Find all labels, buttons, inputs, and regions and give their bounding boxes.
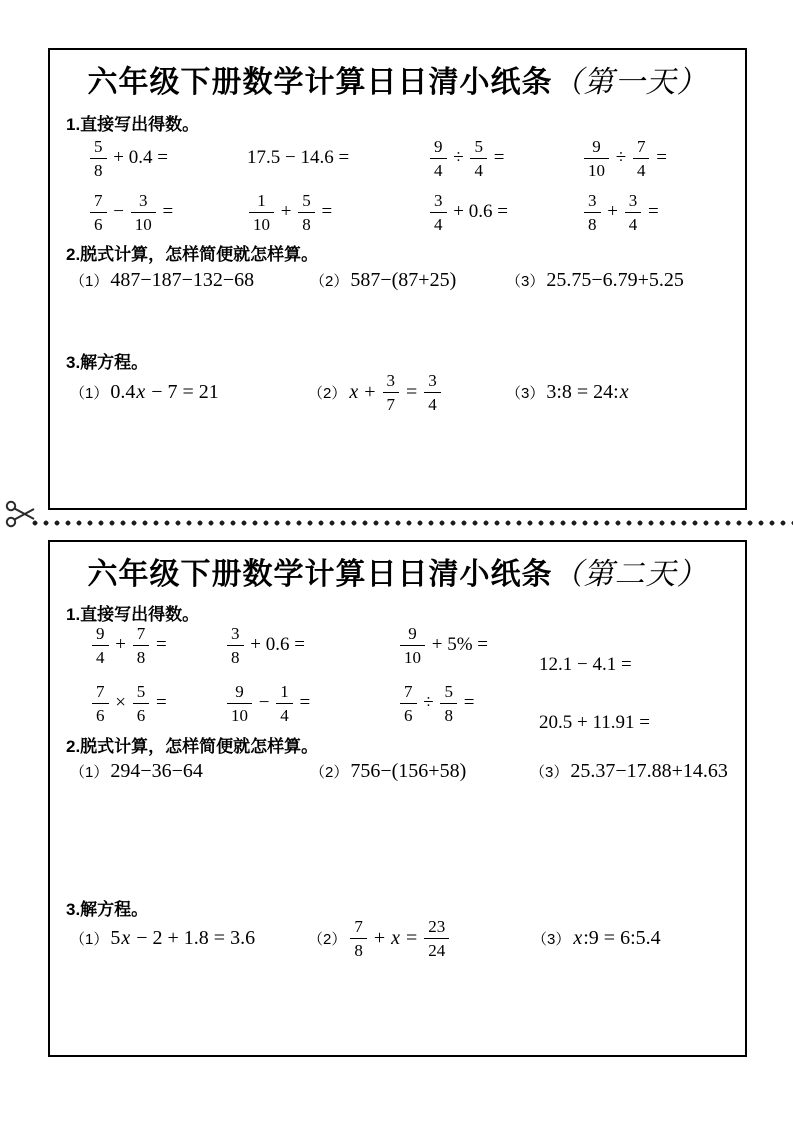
- title-suffix: 小纸条: [460, 558, 553, 591]
- problem-cell: 38 + 34 =: [582, 187, 659, 237]
- item-expression: 3:8 = 24:x: [546, 381, 629, 404]
- problem-cell: 94 ÷ 54 =: [428, 133, 504, 183]
- problem-item: （3） x:9 = 6:5.4: [532, 910, 661, 966]
- problem-item: （2） 78 + x = 2324: [308, 910, 451, 966]
- problem-cell: 910 + 5% =: [398, 620, 488, 670]
- item-number: （2）: [310, 270, 348, 291]
- problem-cell: 34 + 0.6 =: [428, 187, 508, 237]
- item-number: （2）: [308, 928, 346, 949]
- item-number: （2）: [308, 382, 346, 403]
- item-number: （1）: [70, 928, 108, 949]
- item-number: （3）: [532, 928, 570, 949]
- item-number: （3）: [506, 382, 544, 403]
- mental-math-row: 76 × 56 = 910 − 14 = 76 ÷ 58 = 20.5 + 11…: [50, 678, 745, 734]
- written-calc-row: （1） 294−36−64 （2） 756−(156+58) （3） 25.37…: [50, 748, 745, 794]
- title-day-label: （第二天）: [553, 558, 708, 591]
- worksheet-title: 六年级下册数学计算日日清小纸条（第一天）: [50, 57, 745, 101]
- problem-cell: 58 + 0.4 =: [88, 133, 168, 183]
- item-expression: 0.4x − 7 = 21: [110, 381, 218, 404]
- item-number: （1）: [70, 382, 108, 403]
- problem-item: （2） 756−(156+58): [310, 748, 466, 794]
- problem-cell: 76 ÷ 58 =: [398, 678, 474, 728]
- item-expression: 487−187−132−68: [110, 269, 254, 292]
- equation-row: （1） 0.4x − 7 = 21 （2） x + 37 = 34 （3） 3:…: [50, 364, 745, 424]
- item-expression: 78 + x = 2324: [348, 918, 451, 959]
- problem-item: （1） 0.4x − 7 = 21: [70, 364, 219, 420]
- mental-math-row: 58 + 0.4 = 17.5 − 14.6 = 94 ÷ 54 = 910 ÷…: [50, 133, 745, 185]
- problem-cell: 20.5 + 11.91 =: [539, 678, 650, 736]
- problem-cell: 76 × 56 =: [90, 678, 167, 728]
- title-highlight: 计算日日清: [305, 558, 460, 592]
- item-expression: 5x − 2 + 1.8 = 3.6: [110, 927, 255, 950]
- title-suffix: 小纸条: [460, 66, 553, 99]
- title-prefix: 六年级下册数学: [88, 558, 305, 591]
- item-expression: 587−(87+25): [350, 269, 456, 292]
- item-number: （3）: [530, 761, 568, 782]
- problem-item: （3） 3:8 = 24:x: [506, 364, 630, 420]
- item-expression: 756−(156+58): [350, 760, 466, 783]
- problem-cell: 38 + 0.6 =: [225, 620, 305, 670]
- equation-row: （1） 5x − 2 + 1.8 = 3.6 （2） 78 + x = 2324…: [50, 910, 745, 974]
- worksheet-title: 六年级下册数学计算日日清小纸条（第二天）: [50, 549, 745, 593]
- problem-cell: 910 ÷ 74 =: [582, 133, 667, 183]
- item-expression: 25.37−17.88+14.63: [570, 760, 728, 783]
- item-number: （2）: [310, 761, 348, 782]
- problem-cell: 94 + 78 =: [90, 620, 167, 670]
- problem-cell: 17.5 − 14.6 =: [247, 133, 349, 183]
- item-expression: 25.75−6.79+5.25: [546, 269, 684, 292]
- item-expression: x:9 = 6:5.4: [572, 927, 660, 950]
- problem-item: （1） 294−36−64: [70, 748, 203, 794]
- worksheet-card-day2: 六年级下册数学计算日日清小纸条（第二天） 1.直接写出得数。 94 + 78 =…: [48, 540, 747, 1057]
- section1-label: 1.直接写出得数。: [66, 110, 199, 135]
- item-number: （1）: [70, 761, 108, 782]
- mental-math-row: 94 + 78 = 38 + 0.6 = 910 + 5% = 12.1 − 4…: [50, 620, 745, 676]
- title-prefix: 六年级下册数学: [88, 66, 305, 99]
- scissors-icon: [5, 496, 37, 534]
- problem-item: （1） 487−187−132−68: [70, 257, 254, 303]
- item-number: （1）: [70, 270, 108, 291]
- item-expression: 294−36−64: [110, 760, 203, 783]
- cut-dotted-line: [32, 520, 793, 526]
- written-calc-row: （1） 487−187−132−68 （2） 587−(87+25) （3） 2…: [50, 257, 745, 303]
- problem-item: （2） 587−(87+25): [310, 257, 456, 303]
- title-highlight: 计算日日清: [305, 66, 460, 100]
- problem-cell: 12.1 − 4.1 =: [539, 620, 632, 678]
- problem-item: （1） 5x − 2 + 1.8 = 3.6: [70, 910, 255, 966]
- problem-item: （2） x + 37 = 34: [308, 364, 443, 420]
- mental-math-row: 76 − 310 = 110 + 58 = 34 + 0.6 = 38 + 34…: [50, 187, 745, 239]
- problem-cell: 910 − 14 =: [225, 678, 310, 728]
- problem-cell: 110 + 58 =: [247, 187, 332, 237]
- item-number: （3）: [506, 270, 544, 291]
- problem-item: （3） 25.37−17.88+14.63: [530, 748, 728, 794]
- title-day-label: （第一天）: [553, 66, 708, 99]
- worksheet-card-day1: 六年级下册数学计算日日清小纸条（第一天） 1.直接写出得数。 58 + 0.4 …: [48, 48, 747, 510]
- problem-cell: 76 − 310 =: [88, 187, 173, 237]
- item-expression: x + 37 = 34: [348, 372, 442, 413]
- problem-item: （3） 25.75−6.79+5.25: [506, 257, 684, 303]
